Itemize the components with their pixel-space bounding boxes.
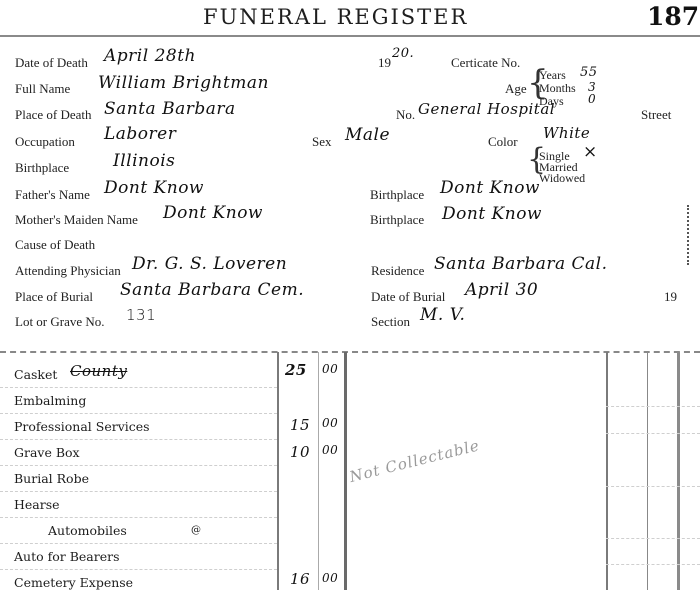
expense-label-grave-box: Grave Box: [14, 445, 80, 460]
expense-dollars-cemetery-expense: 16: [290, 570, 310, 588]
age-years-label: Years: [539, 69, 566, 81]
register-title: FUNERAL REGISTER: [203, 5, 468, 29]
expense-label-burial-robe: Burial Robe: [14, 471, 89, 486]
age-days-value: 0: [588, 92, 596, 106]
cause-of-death-label: Cause of Death: [15, 237, 95, 253]
page-number: 187: [647, 2, 699, 31]
place-of-burial-label: Place of Burial: [15, 289, 93, 305]
header-divider: [0, 35, 700, 37]
expense-label-embalming: Embalming: [14, 393, 86, 408]
certificate-label: Certicate No.: [451, 55, 520, 71]
expense-cents-grave-box: 00: [322, 443, 338, 457]
year-value: 20.: [392, 46, 414, 61]
row-rule: [0, 439, 277, 440]
expense-note-automobiles: @: [191, 525, 201, 536]
expense-label-professional-services: Professional Services: [14, 419, 150, 434]
mothers-birthplace-label: Birthplace: [370, 212, 424, 228]
lot-or-grave-value: 131: [126, 306, 156, 324]
date-of-death-label: Date of Death: [15, 55, 88, 71]
expense-label-casket: Casket: [14, 367, 57, 382]
row-rule: [606, 486, 700, 487]
date-of-burial-value: April 30: [465, 280, 538, 300]
expense-dollars-casket: 25: [285, 361, 307, 379]
notes-column-left-rule: [344, 352, 347, 590]
fathers-name-value: Dont Know: [104, 178, 204, 198]
occupation-label: Occupation: [15, 134, 75, 150]
place-of-death-label: Place of Death: [15, 107, 92, 123]
expense-cents-professional-services: 00: [322, 416, 338, 430]
occupation-value: Laborer: [104, 124, 176, 144]
expense-cents-cemetery-expense: 00: [322, 571, 338, 585]
right-column-rule-1: [606, 352, 608, 590]
row-rule: [0, 413, 277, 414]
street-value: General Hospital: [418, 100, 555, 118]
row-rule: [0, 543, 277, 544]
expense-label-automobiles: Automobiles: [48, 523, 127, 538]
section-label: Section: [371, 314, 410, 330]
burial-year-prefix: 19: [664, 289, 677, 305]
right-column-rule-3: [677, 352, 680, 590]
expense-dollars-grave-box: 10: [290, 443, 310, 461]
birthplace-label: Birthplace: [15, 160, 69, 176]
age-label: Age: [505, 81, 527, 97]
fathers-name-label: Father's Name: [15, 187, 90, 203]
mothers-maiden-name-value: Dont Know: [163, 203, 263, 223]
sex-label: Sex: [312, 134, 332, 150]
mothers-birthplace-value: Dont Know: [442, 204, 542, 224]
margin-mark: [687, 205, 692, 265]
birthplace-value: Illinois: [113, 151, 175, 171]
expense-note-casket: County: [70, 362, 127, 380]
mothers-maiden-name-label: Mother's Maiden Name: [15, 212, 138, 228]
row-rule: [606, 564, 700, 565]
full-name-label: Full Name: [15, 81, 70, 97]
section-value: M. V.: [420, 305, 465, 325]
right-column-rule-2: [647, 352, 648, 590]
row-rule: [606, 406, 700, 407]
expense-label-auto-for-bearers: Auto for Bearers: [14, 549, 120, 564]
cents-column-rule: [318, 352, 319, 590]
color-label: Color: [488, 134, 518, 150]
attending-physician-label: Attending Physician: [15, 263, 121, 279]
dollars-column-left-rule: [277, 352, 279, 590]
expense-cents-casket: 00: [322, 362, 338, 376]
row-rule: [0, 569, 277, 570]
place-of-death-value: Santa Barbara: [104, 99, 236, 119]
row-rule: [0, 465, 277, 466]
date-of-death-value: April 28th: [104, 46, 196, 66]
row-rule: [0, 517, 277, 518]
year-prefix: 19: [378, 55, 391, 71]
residence-label: Residence: [371, 263, 424, 279]
color-value: White: [543, 124, 590, 142]
row-rule: [0, 491, 277, 492]
street-label: Street: [641, 107, 671, 123]
row-rule: [606, 433, 700, 434]
full-name-value: William Brightman: [98, 73, 269, 93]
date-of-burial-label: Date of Burial: [371, 289, 445, 305]
expense-label-hearse: Hearse: [14, 497, 60, 512]
street-no-label: No.: [396, 107, 415, 123]
place-of-burial-value: Santa Barbara Cem.: [120, 280, 304, 300]
row-rule: [0, 387, 277, 388]
attending-physician-value: Dr. G. S. Loveren: [132, 254, 287, 274]
sex-value: Male: [345, 125, 390, 145]
marital-widowed-label: Widowed: [539, 172, 585, 184]
age-months-label: Months: [539, 82, 576, 94]
fathers-birthplace-label: Birthplace: [370, 187, 424, 203]
fathers-birthplace-value: Dont Know: [440, 178, 540, 198]
pencil-note: Not Collectable: [348, 436, 482, 486]
expense-dollars-professional-services: 15: [290, 416, 310, 434]
age-years-value: 55: [580, 65, 598, 80]
residence-value: Santa Barbara Cal.: [434, 254, 608, 274]
expense-label-cemetery-expense: Cemetery Expense: [14, 575, 133, 590]
row-rule: [606, 538, 700, 539]
marital-mark: ×: [583, 142, 598, 162]
expenses-divider: [0, 351, 700, 353]
lot-or-grave-label: Lot or Grave No.: [15, 314, 105, 330]
